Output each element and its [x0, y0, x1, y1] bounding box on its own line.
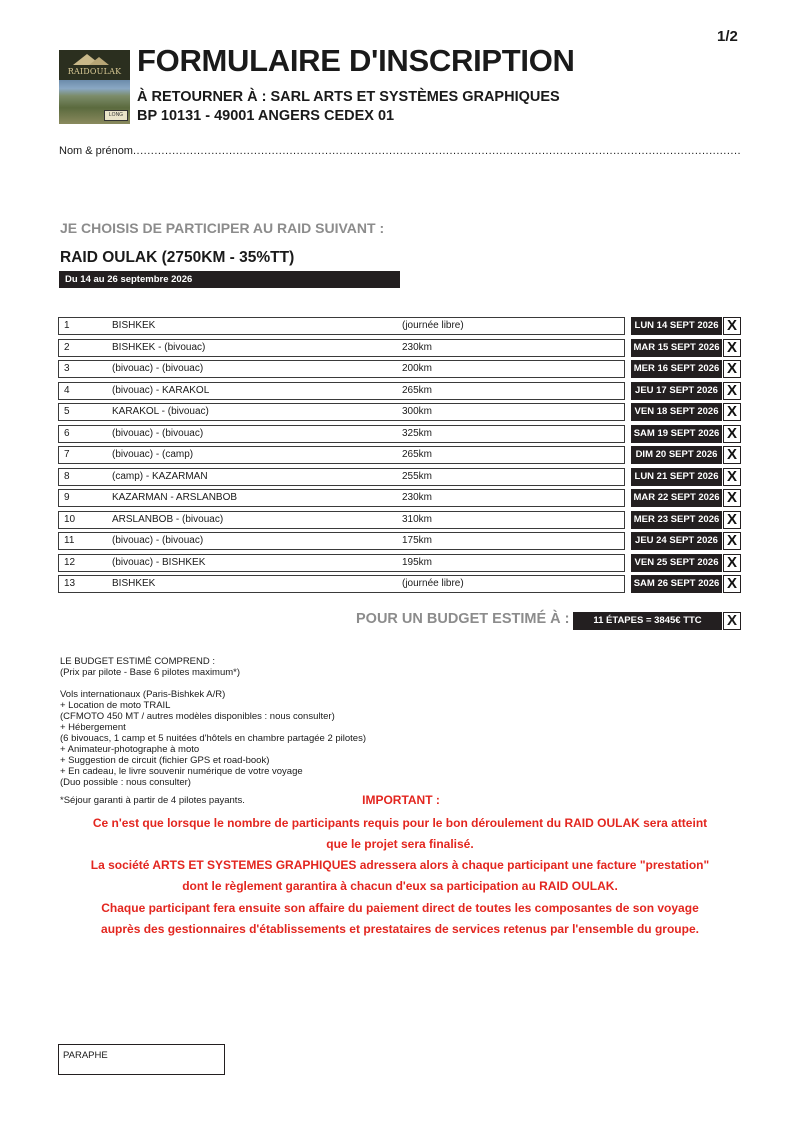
stage-row: 10ARSLANBOB - (bivouac)310kmMER 23 SEPT …	[58, 511, 742, 529]
stage-number: 4	[64, 383, 70, 398]
stage-row: 8(camp) - KAZARMAN255kmLUN 21 SEPT 2026X	[58, 468, 742, 486]
stage-row: 2BISHKEK - (bivouac)230kmMAR 15 SEPT 202…	[58, 339, 742, 357]
stage-number: 12	[64, 555, 75, 570]
stage-number: 13	[64, 576, 75, 591]
name-dotted-line[interactable]: ........................................…	[133, 145, 741, 157]
stage-distance: 300km	[402, 404, 432, 419]
stage-distance: 175km	[402, 533, 432, 548]
raid-oulak-logo: RAIDOULAK LONG	[59, 50, 130, 124]
stage-route: BISHKEK	[112, 318, 155, 333]
stage-number: 1	[64, 318, 70, 333]
includes-item: + Animateur-photographe à moto	[60, 744, 366, 755]
stage-route: (bivouac) - BISHKEK	[112, 555, 205, 570]
stage-distance: 230km	[402, 340, 432, 355]
includes-item: (Duo possible : nous consulter)	[60, 777, 366, 788]
important-line: que le projet sera finalisé.	[0, 837, 800, 851]
mountain-icon	[89, 57, 109, 65]
important-line: auprès des gestionnaires d'établissement…	[0, 922, 800, 936]
stage-checkbox[interactable]: X	[723, 382, 741, 400]
important-notice: IMPORTANT :	[0, 793, 800, 807]
stage-distance: 200km	[402, 361, 432, 376]
stage-number: 10	[64, 512, 75, 527]
stage-number: 9	[64, 490, 70, 505]
stage-date: VEN 18 SEPT 2026	[631, 403, 722, 421]
budget-includes: LE BUDGET ESTIMÉ COMPREND : (Prix par pi…	[60, 656, 366, 788]
stage-number: 7	[64, 447, 70, 462]
stage-distance: 195km	[402, 555, 432, 570]
stage-date: MAR 22 SEPT 2026	[631, 489, 722, 507]
name-field[interactable]: Nom & prénom............................…	[59, 145, 741, 157]
stage-row: 12(bivouac) - BISHKEK195kmVEN 25 SEPT 20…	[58, 554, 742, 572]
stage-date: SAM 19 SEPT 2026	[631, 425, 722, 443]
stage-date: VEN 25 SEPT 2026	[631, 554, 722, 572]
stage-distance: 265km	[402, 447, 432, 462]
stage-row: 6(bivouac) - (bivouac)325kmSAM 19 SEPT 2…	[58, 425, 742, 443]
includes-item: + En cadeau, le livre souvenir numérique…	[60, 766, 366, 777]
stage-route: (bivouac) - (bivouac)	[112, 361, 203, 376]
stage-checkbox[interactable]: X	[723, 554, 741, 572]
stage-row: 9KAZARMAN - ARSLANBOB230kmMAR 22 SEPT 20…	[58, 489, 742, 507]
logo-text: RAIDOULAK	[59, 67, 130, 76]
important-line: La société ARTS ET SYSTEMES GRAPHIQUES a…	[0, 858, 800, 872]
stage-checkbox[interactable]: X	[723, 339, 741, 357]
stage-info-box: 13BISHKEK(journée libre)	[58, 575, 625, 593]
stage-checkbox[interactable]: X	[723, 468, 741, 486]
stage-distance: 255km	[402, 469, 432, 484]
stage-distance: (journée libre)	[402, 576, 464, 591]
includes-list: Vols internationaux (Paris-Bishkek A/R)+…	[60, 689, 366, 788]
stage-row: 1BISHKEK(journée libre)LUN 14 SEPT 2026X	[58, 317, 742, 335]
stage-date: JEU 17 SEPT 2026	[631, 382, 722, 400]
page-title: FORMULAIRE D'INSCRIPTION	[137, 43, 575, 79]
stage-route: ARSLANBOB - (bivouac)	[112, 512, 223, 527]
stage-distance: 265km	[402, 383, 432, 398]
stage-route: KARAKOL - (bivouac)	[112, 404, 209, 419]
stage-date: MAR 15 SEPT 2026	[631, 339, 722, 357]
stage-route: (bivouac) - KARAKOL	[112, 383, 209, 398]
raid-dates-banner: Du 14 au 26 septembre 2026	[59, 271, 400, 288]
stage-info-box: 9KAZARMAN - ARSLANBOB230km	[58, 489, 625, 507]
includes-item: (6 bivouacs, 1 camp et 5 nuitées d'hôtel…	[60, 733, 366, 744]
stage-number: 2	[64, 340, 70, 355]
important-heading: IMPORTANT :	[0, 793, 800, 807]
stage-distance: 325km	[402, 426, 432, 441]
stage-route: (camp) - KAZARMAN	[112, 469, 208, 484]
stage-checkbox[interactable]: X	[723, 403, 741, 421]
paraphe-label: PARAPHE	[63, 1050, 108, 1061]
stage-info-box: 12(bivouac) - BISHKEK195km	[58, 554, 625, 572]
section-heading-choose: JE CHOISIS DE PARTICIPER AU RAID SUIVANT…	[60, 220, 384, 236]
return-address-line: À RETOURNER À : SARL ARTS ET SYSTÈMES GR…	[137, 89, 560, 105]
stage-info-box: 11(bivouac) - (bivouac)175km	[58, 532, 625, 550]
stage-date: SAM 26 SEPT 2026	[631, 575, 722, 593]
includes-heading: LE BUDGET ESTIMÉ COMPREND :	[60, 656, 366, 667]
stage-route: BISHKEK - (bivouac)	[112, 340, 205, 355]
paraphe-box[interactable]: PARAPHE	[58, 1044, 225, 1075]
stage-info-box: 4(bivouac) - KARAKOL265km	[58, 382, 625, 400]
stage-info-box: 2BISHKEK - (bivouac)230km	[58, 339, 625, 357]
stage-row: 13BISHKEK(journée libre)SAM 26 SEPT 2026…	[58, 575, 742, 593]
stage-checkbox[interactable]: X	[723, 575, 741, 593]
includes-item: + Hébergement	[60, 722, 366, 733]
stage-row: 5KARAKOL - (bivouac)300kmVEN 18 SEPT 202…	[58, 403, 742, 421]
stage-distance: (journée libre)	[402, 318, 464, 333]
budget-label: POUR UN BUDGET ESTIMÉ À :	[356, 611, 569, 627]
includes-subheading: (Prix par pilote - Base 6 pilotes maximu…	[60, 667, 366, 678]
includes-item: + Location de moto TRAIL	[60, 700, 366, 711]
stage-date: MER 23 SEPT 2026	[631, 511, 722, 529]
stage-route: BISHKEK	[112, 576, 155, 591]
stage-number: 3	[64, 361, 70, 376]
stage-date: JEU 24 SEPT 2026	[631, 532, 722, 550]
stage-checkbox[interactable]: X	[723, 360, 741, 378]
stage-info-box: 10ARSLANBOB - (bivouac)310km	[58, 511, 625, 529]
stage-checkbox[interactable]: X	[723, 317, 741, 335]
budget-value: 11 ÉTAPES = 3845€ TTC	[573, 612, 722, 630]
stage-row: 11(bivouac) - (bivouac)175kmJEU 24 SEPT …	[58, 532, 742, 550]
page-number: 1/2	[717, 28, 738, 45]
stage-route: (bivouac) - (bivouac)	[112, 426, 203, 441]
important-line: Chaque participant fera ensuite son affa…	[0, 901, 800, 915]
stage-number: 11	[64, 533, 74, 548]
stage-row: 3(bivouac) - (bivouac)200kmMER 16 SEPT 2…	[58, 360, 742, 378]
stage-row: 7(bivouac) - (camp)265kmDIM 20 SEPT 2026…	[58, 446, 742, 464]
stage-distance: 230km	[402, 490, 432, 505]
stage-date: LUN 21 SEPT 2026	[631, 468, 722, 486]
stage-checkbox[interactable]: X	[723, 511, 741, 529]
stage-date: DIM 20 SEPT 2026	[631, 446, 722, 464]
stage-info-box: 6(bivouac) - (bivouac)325km	[58, 425, 625, 443]
stage-checkbox[interactable]: X	[723, 446, 741, 464]
postal-address: BP 10131 - 49001 ANGERS CEDEX 01	[137, 108, 394, 124]
stage-number: 8	[64, 469, 70, 484]
includes-item: Vols internationaux (Paris-Bishkek A/R)	[60, 689, 366, 700]
stage-number: 5	[64, 404, 70, 419]
stage-info-box: 8(camp) - KAZARMAN255km	[58, 468, 625, 486]
includes-item: (CFMOTO 450 MT / autres modèles disponib…	[60, 711, 366, 722]
stage-checkbox[interactable]: X	[723, 532, 741, 550]
stage-route: KAZARMAN - ARSLANBOB	[112, 490, 237, 505]
stage-route: (bivouac) - (camp)	[112, 447, 193, 462]
stage-distance: 310km	[402, 512, 432, 527]
stage-info-box: 1BISHKEK(journée libre)	[58, 317, 625, 335]
important-line: Ce n'est que lorsque le nombre de partic…	[0, 816, 800, 830]
stage-route: (bivouac) - (bivouac)	[112, 533, 203, 548]
stage-row: 4(bivouac) - KARAKOL265kmJEU 17 SEPT 202…	[58, 382, 742, 400]
budget-checkbox[interactable]: X	[723, 612, 741, 630]
stage-info-box: 7(bivouac) - (camp)265km	[58, 446, 625, 464]
stage-date: MER 16 SEPT 2026	[631, 360, 722, 378]
stage-info-box: 3(bivouac) - (bivouac)200km	[58, 360, 625, 378]
stage-date: LUN 14 SEPT 2026	[631, 317, 722, 335]
stage-checkbox[interactable]: X	[723, 425, 741, 443]
important-line: dont le règlement garantira à chacun d'e…	[0, 879, 800, 893]
name-label: Nom & prénom	[59, 145, 133, 157]
stage-info-box: 5KARAKOL - (bivouac)300km	[58, 403, 625, 421]
includes-item: + Suggestion de circuit (fichier GPS et …	[60, 755, 366, 766]
logo-badge: LONG	[104, 110, 128, 121]
stage-number: 6	[64, 426, 70, 441]
raid-name: RAID OULAK (2750KM - 35%TT)	[60, 249, 294, 267]
stage-checkbox[interactable]: X	[723, 489, 741, 507]
